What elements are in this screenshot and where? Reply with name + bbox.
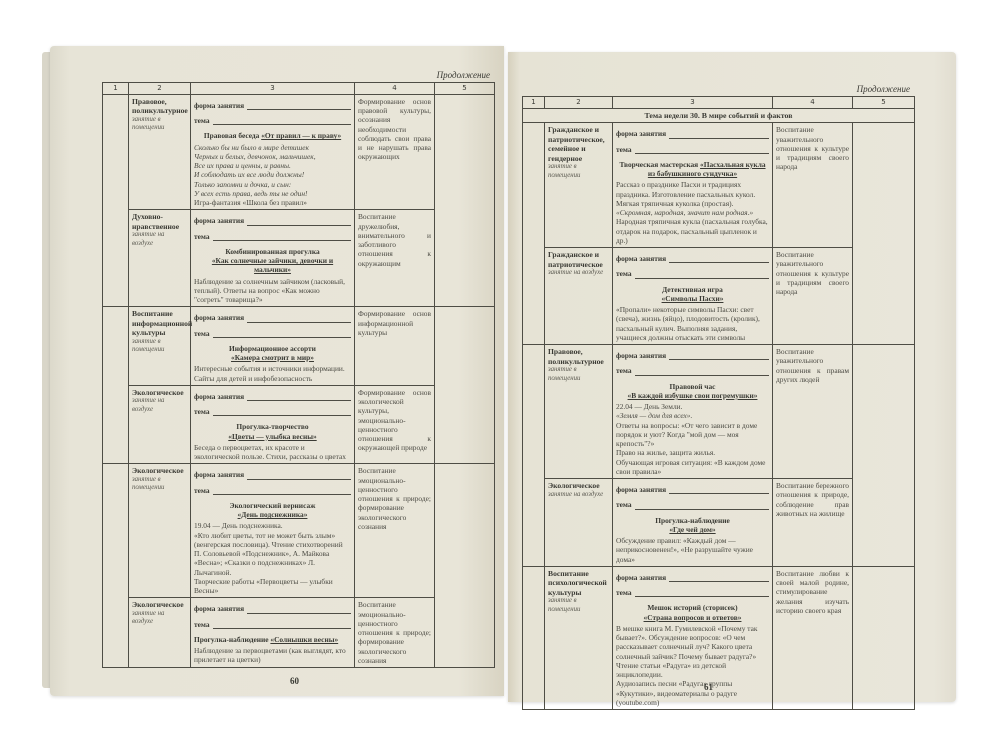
notes-cell — [435, 464, 495, 668]
form-field[interactable]: форма занятия — [194, 392, 351, 401]
direction-cell: Экологическоезанятие на воздухе — [545, 479, 613, 567]
goal-cell: Воспитание уважительного отношения к кул… — [773, 248, 853, 345]
goal-cell: Воспитание бережного отношения к природе… — [773, 479, 853, 567]
activity-title: Комбинированная прогулка«Как солнечные з… — [194, 247, 351, 275]
form-field[interactable]: форма занятия — [194, 604, 351, 613]
table-row: Воспитание психологической культурызанят… — [523, 566, 915, 709]
goal-cell: Формирование основ правовой культуры, ос… — [355, 94, 435, 210]
activity-cell: форма занятия тема Правовая беседа «От п… — [191, 94, 355, 210]
continuation-label: Продолжение — [437, 70, 490, 80]
col-header: 3 — [613, 97, 773, 109]
form-field[interactable]: форма занятия — [194, 216, 351, 225]
quote: «Скромная, народная, значит нам родная.» — [616, 208, 769, 217]
form-field[interactable]: форма занятия — [616, 485, 769, 494]
activity-description: 22.04 — День Земли. — [616, 402, 769, 411]
notes-cell — [853, 345, 915, 567]
page-number: 61 — [704, 682, 713, 692]
activity-title: Мешок историй (сторисек)«Страна вопросов… — [616, 603, 769, 622]
page-number: 60 — [290, 676, 299, 686]
topic-field[interactable]: тема — [194, 620, 351, 629]
activity-title: Прогулка-творчество«Цветы — улыбка весны… — [194, 422, 351, 441]
table-row: Правовое, поликультурноезанятие в помеще… — [103, 94, 495, 210]
topic-field[interactable]: тема — [616, 366, 769, 375]
activity-description: «Пропали» некоторые символы Пасхи: свет … — [616, 305, 769, 342]
activity-description: В мешке книга М. Гумилевской «Почему так… — [616, 624, 769, 707]
topic-field[interactable]: тема — [616, 500, 769, 509]
goal-cell: Формирование основ экологической культур… — [355, 385, 435, 464]
activity-description-cont: Народная тряпичная кукла (пасхальная гол… — [616, 217, 769, 245]
day-cell — [523, 123, 545, 345]
notes-cell — [853, 566, 915, 709]
col-header: 5 — [853, 97, 915, 109]
direction-cell: Правовое, поликультурноезанятие в помеще… — [129, 94, 191, 210]
col-header: 5 — [435, 83, 495, 95]
col-header: 4 — [355, 83, 435, 95]
topic-field[interactable]: тема — [194, 116, 351, 125]
activity-description: Интересные события и источники информаци… — [194, 364, 351, 383]
activity-description: Рассказ о празднике Пасхи и традициях пр… — [616, 180, 769, 208]
activity-cell: форма занятия тема Детективная игра«Симв… — [613, 248, 773, 345]
goal-cell: Воспитание уважительного отношения к кул… — [773, 123, 853, 248]
column-header-row: 1 2 3 4 5 — [103, 83, 495, 95]
col-header: 1 — [103, 83, 129, 95]
activity-cell: форма занятия тема Творческая мастерская… — [613, 123, 773, 248]
topic-field[interactable]: тема — [194, 407, 351, 416]
activity-cell: форма занятия тема Информационное ассорт… — [191, 307, 355, 386]
table-row: Правовое, поликультурноезанятие в помеще… — [523, 345, 915, 479]
goal-cell: Воспитание эмоционально-ценностного отно… — [355, 598, 435, 668]
form-field[interactable]: форма занятия — [194, 313, 351, 322]
activity-cell: форма занятия тема Мешок историй (сторис… — [613, 566, 773, 709]
direction-cell: Гражданское и патриотическоезанятие на в… — [545, 248, 613, 345]
direction-cell: Воспитание информационной культурызаняти… — [129, 307, 191, 386]
topic-field[interactable]: тема — [194, 329, 351, 338]
activity-description: Наблюдение за первоцветами (как выглядят… — [194, 646, 351, 665]
activity-description-cont: Ответы на вопросы: «От чего зависит в до… — [616, 421, 769, 477]
open-book: Продолжение 1 2 3 4 5 Правовое, поликуль… — [40, 38, 960, 728]
activity-title: Прогулка-наблюдение«Где чей дом» — [616, 516, 769, 535]
direction-cell: Экологическоезанятие на воздухе — [129, 385, 191, 464]
activity-description: Обсуждение правил: «Каждый дом — неприко… — [616, 536, 769, 564]
goal-cell: Воспитание дружелюбия, внимательного и з… — [355, 210, 435, 307]
col-header: 3 — [191, 83, 355, 95]
right-page: Продолжение 1 2 3 4 5 Тема недели 30. В … — [508, 52, 956, 702]
quote: «Земля — дом для всех». — [616, 411, 769, 420]
activity-description: Игра-фантазия «Школа без правил» — [194, 198, 351, 207]
activity-cell: форма занятия тема Экологический верниса… — [191, 464, 355, 598]
goal-cell: Воспитание эмоционально-ценностного отно… — [355, 464, 435, 598]
direction-cell: Духовно-нравственноезанятие на воздухе — [129, 210, 191, 307]
direction-cell: Правовое, поликультурноезанятие в помеще… — [545, 345, 613, 479]
activity-cell: форма занятия тема Комбинированная прогу… — [191, 210, 355, 307]
direction-cell: Воспитание психологической культурызанят… — [545, 566, 613, 709]
activity-title: Детективная игра«Символы Пасхи» — [616, 285, 769, 304]
col-header: 2 — [129, 83, 191, 95]
col-header: 2 — [545, 97, 613, 109]
table-row: Воспитание информационной культурызаняти… — [103, 307, 495, 386]
form-field[interactable]: форма занятия — [616, 254, 769, 263]
activity-description: Беседа о первоцветах, их красоте и эколо… — [194, 443, 351, 462]
continuation-label: Продолжение — [857, 84, 910, 94]
notes-cell — [853, 123, 915, 345]
plan-table-left: 1 2 3 4 5 Правовое, поликультурноезаняти… — [102, 82, 495, 668]
goal-cell: Воспитание любви к своей малой родине, с… — [773, 566, 853, 709]
topic-field[interactable]: тема — [194, 486, 351, 495]
week-row: Тема недели 30. В мире событий и фактов — [523, 108, 915, 123]
col-header: 4 — [773, 97, 853, 109]
activity-cell: форма занятия тема Прогулка-творчество«Ц… — [191, 385, 355, 464]
plan-table-right: 1 2 3 4 5 Тема недели 30. В мире событий… — [522, 96, 915, 710]
col-header: 1 — [523, 97, 545, 109]
form-field[interactable]: форма занятия — [616, 351, 769, 360]
table-row: Экологическоезанятие в помещении форма з… — [103, 464, 495, 598]
activity-title: Прогулка-наблюдение «Солнышки весны» — [194, 635, 351, 644]
notes-cell — [435, 307, 495, 464]
day-cell — [523, 345, 545, 567]
day-cell — [103, 307, 129, 464]
poem: Сколько бы ни было в мире детишек Черных… — [194, 143, 351, 199]
activity-description: 19.04 — День подснежника. «Кто любит цве… — [194, 521, 351, 595]
direction-cell: Экологическоезанятие на воздухе — [129, 598, 191, 668]
activity-cell: форма занятия тема Правовой час«В каждой… — [613, 345, 773, 479]
week-title: Тема недели 30. В мире событий и фактов — [523, 108, 915, 123]
form-field[interactable]: форма занятия — [616, 129, 769, 138]
activity-title: Экологический вернисаж«День подснежника» — [194, 501, 351, 520]
activity-title: Правовая беседа «От правил — к праву» — [194, 131, 351, 140]
activity-cell: форма занятия тема Прогулка-наблюдение «… — [191, 598, 355, 668]
left-page: Продолжение 1 2 3 4 5 Правовое, поликуль… — [50, 46, 504, 696]
topic-field[interactable]: тема — [616, 269, 769, 278]
activity-description: Наблюдение за солнечным зайчиком (ласков… — [194, 277, 351, 305]
topic-field[interactable]: тема — [616, 588, 769, 597]
goal-cell: Формирование основ информационной культу… — [355, 307, 435, 386]
activity-title: Информационное ассорти«Камера смотрит в … — [194, 344, 351, 363]
form-field[interactable]: форма занятия — [194, 470, 351, 479]
day-cell — [103, 464, 129, 668]
topic-field[interactable]: тема — [616, 145, 769, 154]
activity-cell: форма занятия тема Прогулка-наблюдение«Г… — [613, 479, 773, 567]
form-field[interactable]: форма занятия — [616, 573, 769, 582]
topic-field[interactable]: тема — [194, 232, 351, 241]
form-field[interactable]: форма занятия — [194, 101, 351, 110]
day-cell — [523, 566, 545, 709]
activity-title: Правовой час«В каждой избушке свои погре… — [616, 382, 769, 401]
activity-title: Творческая мастерская «Пасхальная кукла … — [616, 160, 769, 179]
day-cell — [103, 94, 129, 307]
table-row: Гражданское и патриотическое, семейное и… — [523, 123, 915, 248]
direction-cell: Гражданское и патриотическое, семейное и… — [545, 123, 613, 248]
notes-cell — [435, 94, 495, 307]
column-header-row: 1 2 3 4 5 — [523, 97, 915, 109]
direction-cell: Экологическоезанятие в помещении — [129, 464, 191, 598]
goal-cell: Воспитание уважительного отношения к пра… — [773, 345, 853, 479]
